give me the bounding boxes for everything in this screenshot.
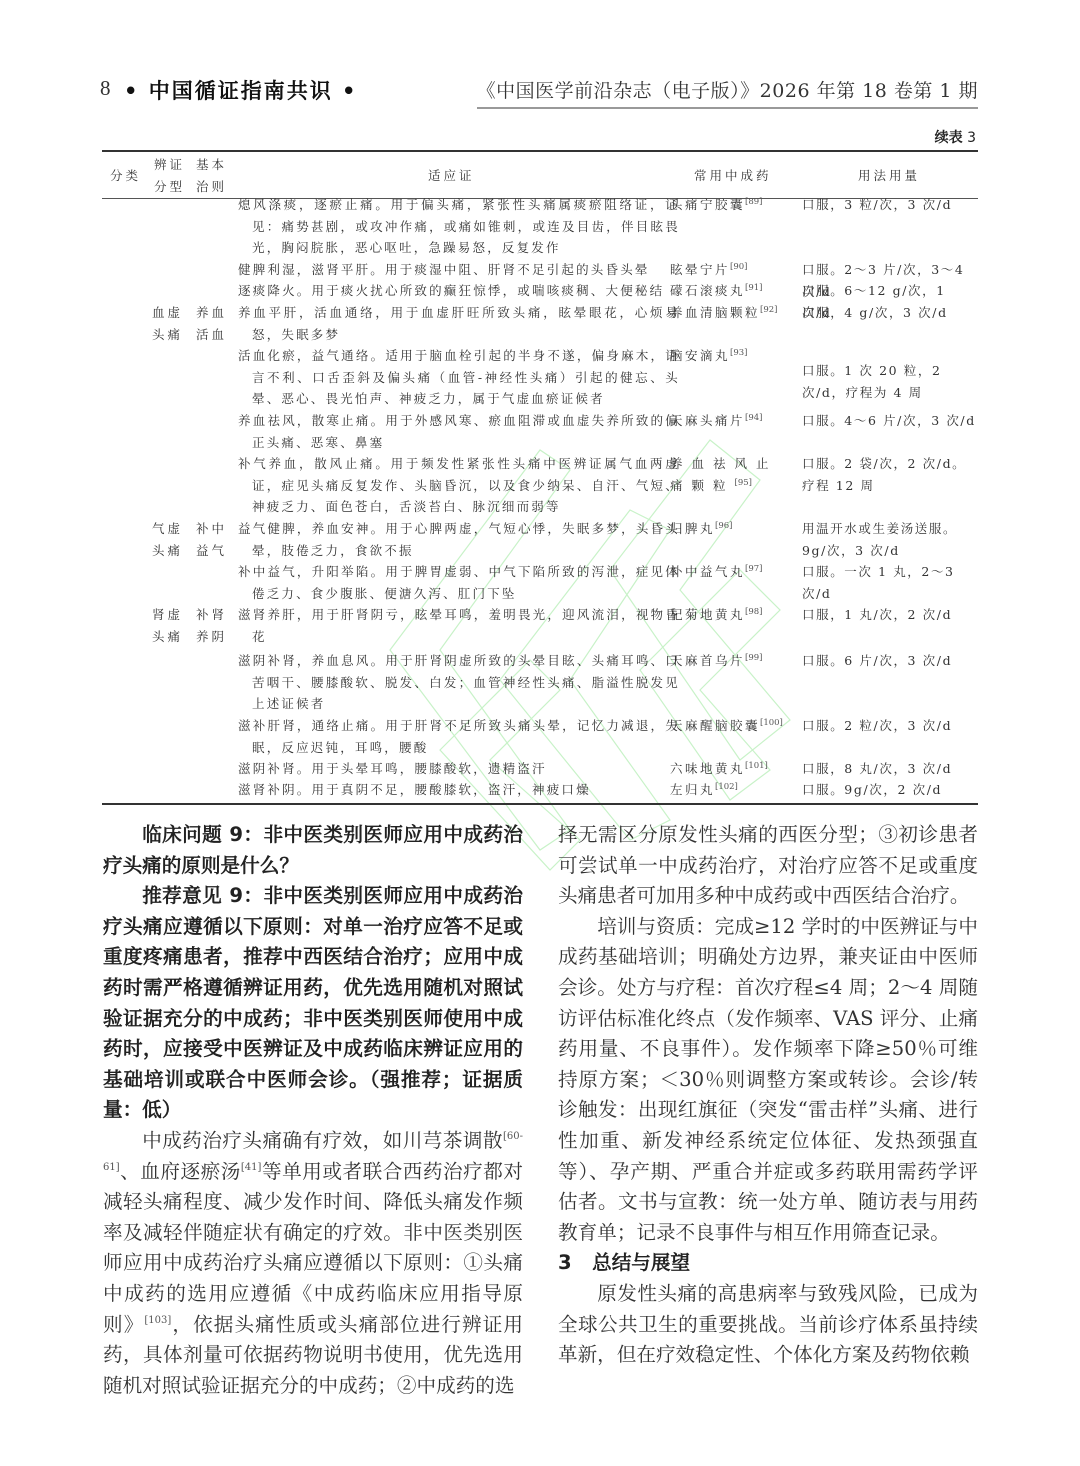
indication-text: 滋阴补肾，养血息风。用于肝肾阴虚所致的头晕目眩、头痛耳鸣、口苦咽干、腰膝酸软、脱… <box>238 650 680 715</box>
usage-text: 口服，3 粒/次，3 次/d <box>802 194 978 216</box>
section-heading: 3 总结与展望 <box>558 1248 978 1279</box>
group-syndrome-blood: 血虚 头痛 <box>152 302 183 345</box>
table-caption: 续表 3 <box>935 127 976 147</box>
drug-name: 礞石滚痰丸[91] <box>670 280 794 302</box>
drug-name: 天麻醒脑胶囊[100] <box>670 715 794 737</box>
header-category: 分类 <box>110 166 141 184</box>
group-principle-blood: 养血 活血 <box>196 302 227 345</box>
indication-text: 滋补肝肾，通络止痛。用于肝肾不足所致头痛头晕，记忆力减退，失眠，反应迟钝，耳鸣，… <box>238 715 680 758</box>
drug-name: 归脾丸[96] <box>670 518 794 540</box>
citation: [103] <box>144 1315 171 1326</box>
header-indication: 适应证 <box>428 166 475 184</box>
header-syndrome-line2: 分型 <box>154 177 185 195</box>
indication-text: 益气健脾，养血安神。用于心脾两虚，气短心悸，失眠多梦，头昏头晕，肢倦乏力，食欲不… <box>238 518 680 561</box>
usage-text: 口服。2 袋/次，2 次/d。疗程 12 周 <box>802 453 978 496</box>
usage-text: 口服。1 次 20 粒，2 次/d，疗程为 4 周 <box>802 360 978 403</box>
table-header: 分类 辨证 分型 基本 治则 适应证 常用中成药 用法用量 <box>102 152 978 199</box>
usage-text: 口服，1 丸/次，2 次/d <box>802 604 978 626</box>
group-principle-kidney: 补肾 养阴 <box>196 604 227 647</box>
header-principle-line2: 治则 <box>196 177 227 195</box>
drug-name: 养血清脑颗粒[92] <box>670 302 794 324</box>
table-caption-number: 3 <box>967 130 976 146</box>
header-principle-line1: 基本 <box>196 155 227 173</box>
indication-text: 滋肾养肝，用于肝肾阴亏，眩晕耳鸣，羞明畏光，迎风流泪，视物昏花 <box>238 604 680 647</box>
indication-text: 补气养血，散风止痛。用于频发性紧张性头痛中医辨证属气血两虚证，症见头痛反复发作、… <box>238 453 680 518</box>
drug-name: 左归丸[102] <box>670 779 794 801</box>
journal-section-title: • 中国循证指南共识 • <box>124 75 357 105</box>
indication-text: 健脾利湿，滋肾平肝。用于痰湿中阻、肝肾不足引起的头昏头晕 <box>238 259 680 281</box>
indication-text: 熄风涤痰，逐瘀止痛。用于偏头痛，紧张性头痛属痰瘀阻络证，证见：痛势甚剧，或攻冲作… <box>238 194 680 259</box>
indication-text: 养血祛风，散寒止痛。用于外感风寒、瘀血阻滞或血虚失养所致的偏正头痛、恶寒、鼻塞 <box>238 410 680 453</box>
usage-text: 口服。6 片/次，3 次/d <box>802 650 978 672</box>
body-paragraph: 培训与资质：完成≥12 学时的中医辨证与中成药基础培训；明确处方边界，兼夹证由中… <box>558 912 978 1249</box>
indication-text: 养血平肝，活血通络，用于血虚肝旺所致头痛，眩晕眼花，心烦易怒，失眠多梦 <box>238 302 680 345</box>
usage-text: 口服，8 丸/次，3 次/d <box>802 758 978 780</box>
indication-text: 滋阴补肾。用于头晕耳鸣，腰膝酸软，遗精盗汗 <box>238 758 680 780</box>
usage-text: 用温开水或生姜汤送服。9g/次，3 次/d <box>802 518 978 561</box>
drug-name: 杞菊地黄丸[98] <box>670 604 794 626</box>
body-right-column: 择无需区分原发性头痛的西医分型；③初诊患者可尝试单一中成药治疗，对治疗应答不足或… <box>558 820 978 1371</box>
journal-info: 《中国医学前沿杂志（电子版）》2026 年第 18 卷第 1 期 <box>477 76 978 109</box>
usage-text: 口服。一次 1 丸，2～3 次/d <box>802 561 978 604</box>
drug-name: 养血祛风止痛颗粒[95] <box>670 453 794 496</box>
table-body: 血虚 头痛 养血 活血 气虚 头痛 补中 益气 肾虚 头痛 补肾 养阴 熄风涤痰… <box>102 199 978 803</box>
citation: [41] <box>241 1162 262 1173</box>
group-syndrome-qi: 气虚 头痛 <box>152 518 183 561</box>
group-principle-qi: 补中 益气 <box>196 518 227 561</box>
recommendation: 推荐意见 9：非中医类别医师应用中成药治疗头痛应遵循以下原则：对单一治疗应答不足… <box>103 881 523 1126</box>
indication-text: 滋肾补阴。用于真阴不足，腰酸膝软，盗汗，神疲口燥 <box>238 779 680 801</box>
body-left-column: 临床问题 9：非中医类别医师应用中成药治疗头痛的原则是什么？ 推荐意见 9：非中… <box>103 820 523 1401</box>
drug-name: 补中益气丸[97] <box>670 561 794 583</box>
table-caption-label: 续表 <box>935 130 963 146</box>
body-paragraph: 原发性头痛的高患病率与致残风险，已成为全球公共卫生的重要挑战。当前诊疗体系虽持续… <box>558 1279 978 1371</box>
group-syndrome-kidney: 肾虚 头痛 <box>152 604 183 647</box>
usage-text: 口服，4 g/次，3 次/d <box>802 302 978 324</box>
drug-name: 脑安滴丸[93] <box>670 345 794 367</box>
medicine-table: 分类 辨证 分型 基本 治则 适应证 常用中成药 用法用量 血虚 头痛 养血 活… <box>102 150 978 805</box>
header-usage: 用法用量 <box>858 166 920 184</box>
page-header: 8 • 中国循证指南共识 • 《中国医学前沿杂志（电子版）》2026 年第 18… <box>100 76 978 106</box>
indication-text: 补中益气，升阳举陷。用于脾胃虚弱、中气下陷所致的泻泄，症见体倦乏力、食少腹胀、便… <box>238 561 680 604</box>
clinical-question: 临床问题 9：非中医类别医师应用中成药治疗头痛的原则是什么？ <box>103 820 523 881</box>
body-paragraph: 择无需区分原发性头痛的西医分型；③初诊患者可尝试单一中成药治疗，对治疗应答不足或… <box>558 820 978 912</box>
usage-text: 口服。9g/次，2 次/d <box>802 779 978 801</box>
drug-name: 眩晕宁片[90] <box>670 259 794 281</box>
drug-name: 头痛宁胶囊[89] <box>670 194 794 216</box>
indication-text: 活血化瘀，益气通络。适用于脑血栓引起的半身不遂，偏身麻木，语言不利、口舌歪斜及偏… <box>238 345 680 410</box>
header-drug: 常用中成药 <box>694 166 772 184</box>
drug-name: 六味地黄丸[101] <box>670 758 794 780</box>
usage-text: 口服。4～6 片/次，3 次/d <box>802 410 978 432</box>
indication-text: 逐痰降火。用于痰火扰心所致的癫狂惊悸，或喘咳痰稠、大便秘结 <box>238 280 680 302</box>
header-syndrome-line1: 辨证 <box>154 155 185 173</box>
body-paragraph: 中成药治疗头痛确有疗效，如川芎茶调散[60-61]、血府逐瘀汤[41]等单用或者… <box>103 1126 523 1401</box>
drug-name: 天麻头痛片[94] <box>670 410 794 432</box>
page-number: 8 <box>100 76 111 101</box>
usage-text: 口服。2 粒/次，3 次/d <box>802 715 978 737</box>
drug-name: 天麻首乌片[99] <box>670 650 794 672</box>
